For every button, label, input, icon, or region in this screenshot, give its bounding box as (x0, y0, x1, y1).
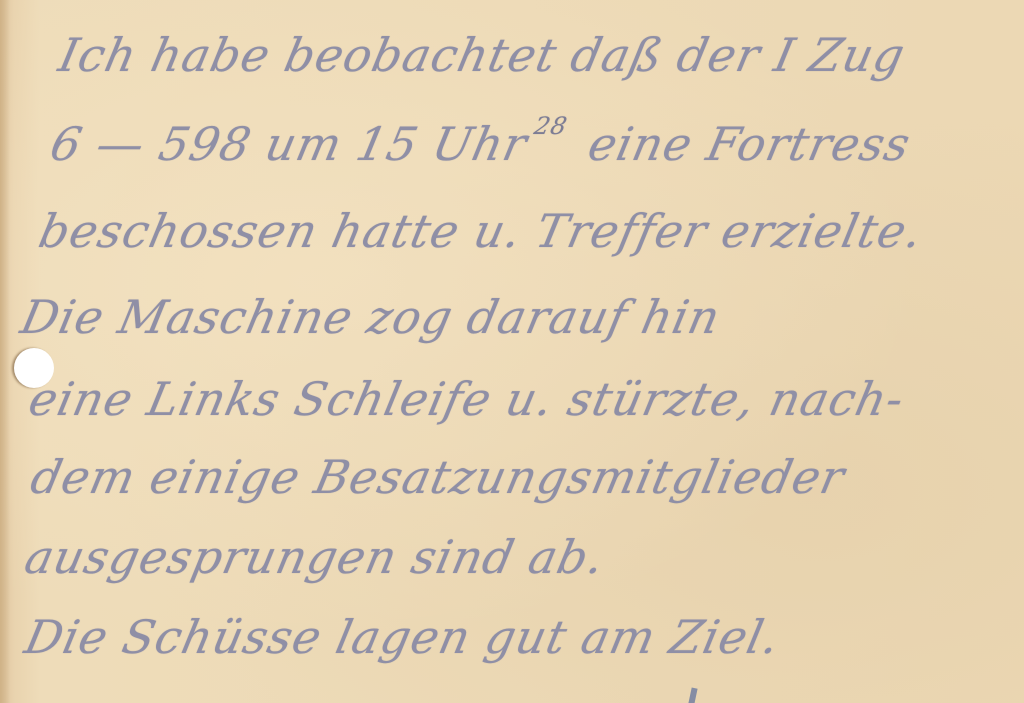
text-line-7: ausgesprungen sind ab. (20, 530, 610, 584)
paper-left-edge (0, 0, 10, 703)
text-line-6: dem einige Besatzungsmitglieder (26, 450, 850, 504)
text-line-2-tail: eine Fortress (584, 117, 916, 171)
text-line-4: Die Maschine zog darauf hin (16, 290, 725, 344)
text-line-2: 6 — 598 um 15 Uhr28eine Fortress (46, 112, 917, 171)
text-line-3: beschossen hatte u. Treffer erzielte. (34, 204, 927, 258)
text-line-8: Die Schüsse lagen gut am Ziel. (20, 610, 785, 664)
text-line-2-main: 6 — 598 um 15 Uhr (46, 117, 533, 171)
time-minutes-superscript: 28 (532, 112, 570, 140)
text-line-5: eine Links Schleife u. stürzte, nach- (24, 372, 909, 426)
pencil-mark (688, 688, 697, 703)
handwritten-page: Ich habe beobachtet daß der I Zug 6 — 59… (0, 0, 1024, 703)
text-line-1: Ich habe beobachtet daß der I Zug (54, 28, 910, 82)
